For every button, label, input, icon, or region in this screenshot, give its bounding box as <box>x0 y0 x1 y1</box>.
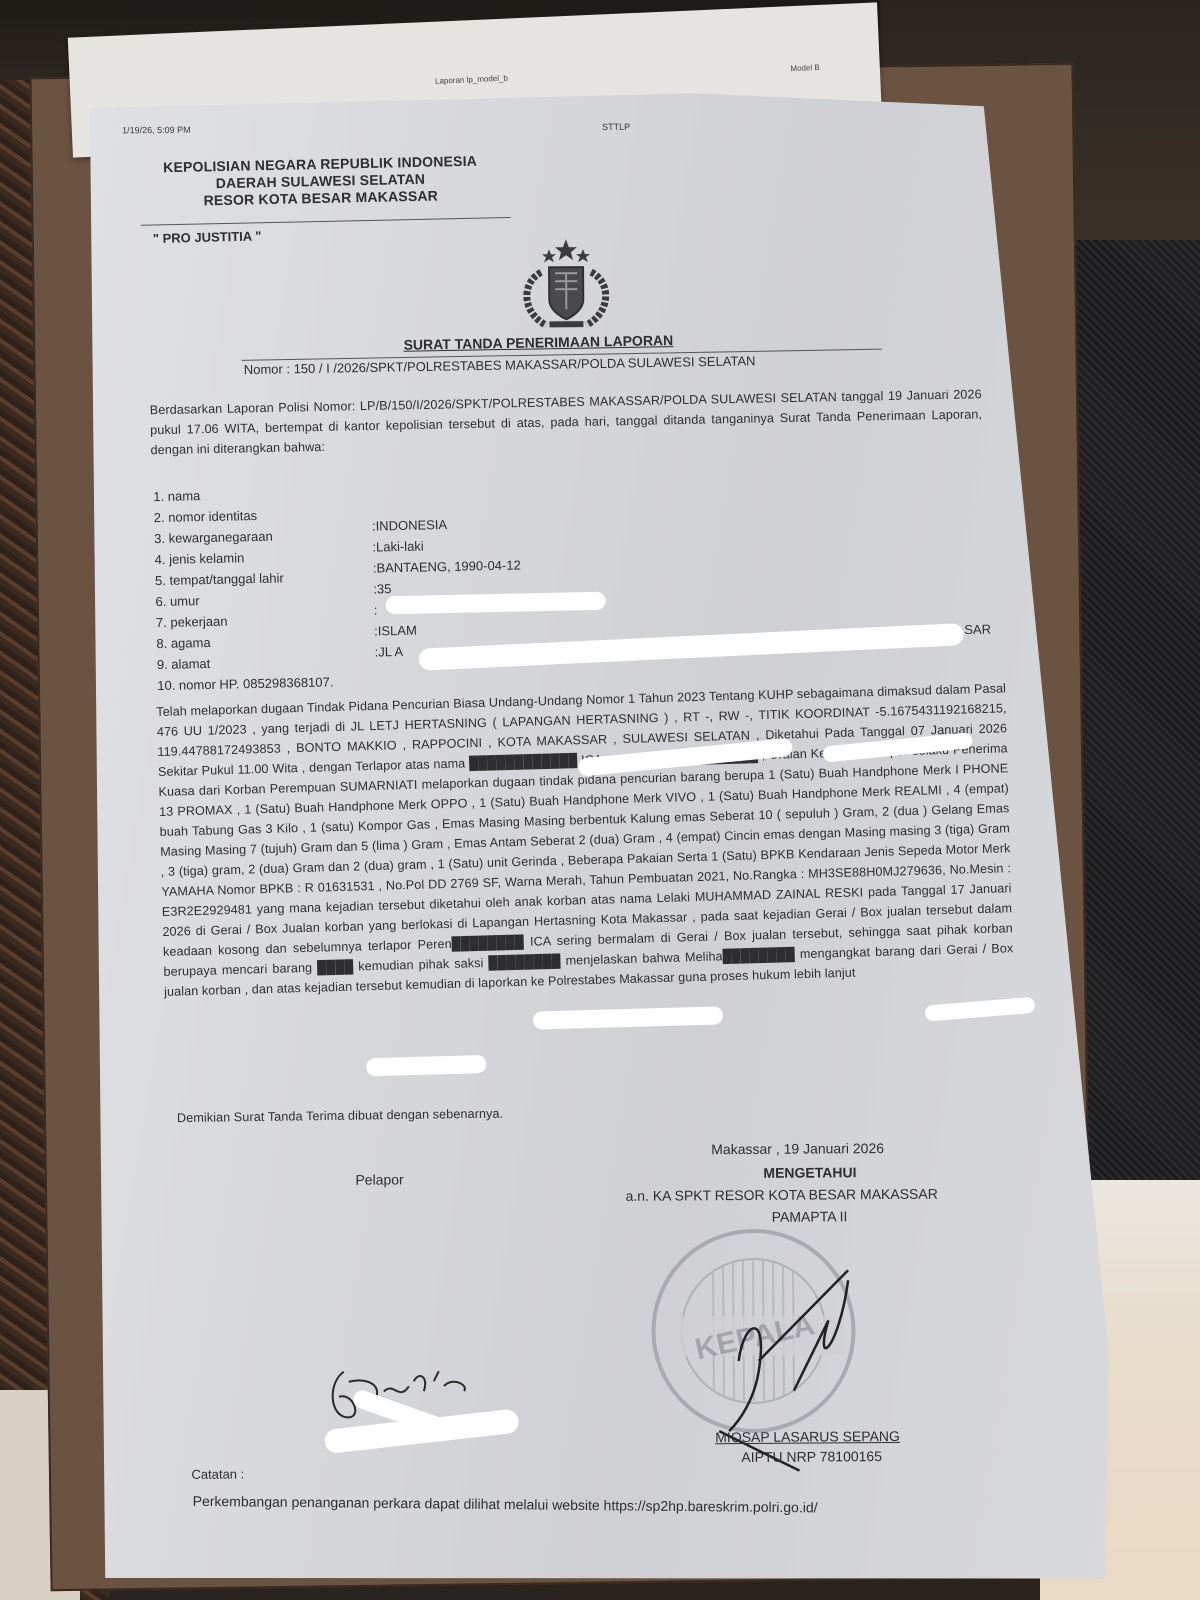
field-label: 7. pekerjaan <box>156 614 228 630</box>
place-date: Makassar , 19 Januari 2026 <box>711 1140 884 1157</box>
field-value: :JL A <box>374 644 403 660</box>
field-label: 8. agama <box>156 635 211 651</box>
intro-paragraph: Berdasarkan Laporan Polisi Nomor: LP/B/1… <box>150 384 983 460</box>
report-body-wrap: Telah melaporkan dugaan Tindak Pidana Pe… <box>156 678 1014 1002</box>
letterhead-divider <box>141 217 511 226</box>
letterhead: KEPOLISIAN NEGARA REPUBLIK INDONESIA DAE… <box>130 152 511 211</box>
field-value: :Laki-laki <box>372 538 424 554</box>
official-name: MIOSAP LASARUS SEPANG <box>715 1428 900 1445</box>
redaction-mark <box>418 623 963 671</box>
field-label: 10. nomor HP. 085298368107. <box>157 674 333 693</box>
catatan-label: Catatan : <box>191 1466 244 1481</box>
closing-statement: Demikian Surat Tanda Terima dibuat denga… <box>177 1104 503 1129</box>
document-page: 1/19/26, 5:09 PM STTLP KEPOLISIAN NEGARA… <box>90 78 1110 1585</box>
redaction-mark <box>924 997 1035 1022</box>
field-value: :ISLAM <box>374 623 417 639</box>
mengetahui-label: MENGETAHUI <box>763 1164 856 1181</box>
back-sheet-left-text: Laporan lp_model_b <box>435 74 508 86</box>
field-label: 9. alamat <box>157 656 211 672</box>
document-number: Nomor : 150 / I /2026/SPKT/POLRESTABES M… <box>244 353 756 377</box>
redaction-mark <box>385 592 605 615</box>
field-value: :BANTAENG, 1990-04-12 <box>373 557 521 575</box>
police-emblem-icon <box>511 237 622 333</box>
field-value: :INDONESIA <box>372 517 447 534</box>
reporter-identity-list: 1. nama2. nomor identitas3. kewarganegar… <box>153 471 1017 699</box>
field-label: 6. umur <box>155 593 199 609</box>
field-value: : <box>374 602 378 617</box>
report-body: Telah melaporkan dugaan Tindak Pidana Pe… <box>156 678 1014 1002</box>
field-value: :35 <box>373 581 391 596</box>
footer-note: Perkembangan penanganan perkara dapat di… <box>193 1493 818 1516</box>
field-label: 1. nama <box>153 488 200 504</box>
print-timestamp: 1/19/26, 5:09 PM <box>122 125 191 135</box>
field-label: 2. nomor identitas <box>154 508 258 525</box>
redaction-mark <box>533 1006 723 1029</box>
field-label: 3. kewarganegaraan <box>154 529 273 546</box>
document-title: SURAT TANDA PENERIMAAN LAPORAN <box>403 332 673 353</box>
address-tail: SAR <box>964 622 991 638</box>
form-code: STTLP <box>602 122 630 132</box>
official-rank-nrp: AIPTU NRP 78100165 <box>741 1448 882 1465</box>
redaction-mark <box>366 1055 486 1076</box>
pro-justitia: " PRO JUSTITIA " <box>153 228 262 246</box>
pelapor-label: Pelapor <box>355 1171 403 1187</box>
field-label: 4. jenis kelamin <box>154 550 244 567</box>
field-label: 5. tempat/tanggal lahir <box>155 570 284 588</box>
on-behalf-label: a.n. KA SPKT RESOR KOTA BESAR MAKASSAR <box>625 1186 937 1204</box>
back-sheet-right-text: Model B <box>790 63 820 73</box>
